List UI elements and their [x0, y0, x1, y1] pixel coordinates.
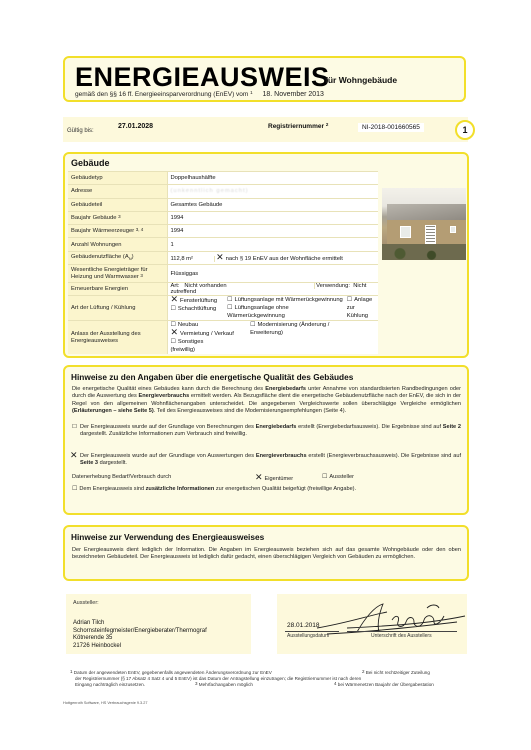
building-heading: Gebäude [71, 158, 110, 168]
issuer-name: Adrian Tilch [73, 620, 207, 628]
text: dargestellt. Zusätzliche Informationen z… [80, 431, 247, 437]
table-row: Gebäudeteil Gesamtes Gebäude [68, 198, 378, 211]
table-row: Gebäudetyp Doppelhaushälfte [68, 172, 378, 185]
label-text: Wesentliche Energieträger für Heizung un… [71, 267, 148, 280]
registration-label: Registriernummer 2 [268, 123, 328, 130]
issuer-street: Kötnerende 35 [73, 635, 207, 643]
page-number-badge: 1 [455, 120, 475, 140]
text: . Teil des Energieausweises sind die Mod… [154, 408, 346, 414]
floor-area-method: nach § 19 EnEV aus der Wohnfläche ermitt… [226, 256, 343, 262]
row-value: Gesamtes Gebäude [167, 198, 378, 211]
row-label: Gebäudetyp [68, 172, 167, 185]
valid-until-value: 27.01.2028 [118, 123, 153, 130]
bold-text: Energiebedarfs [256, 424, 297, 430]
option-label: Fensterlüftung [180, 298, 217, 304]
checkbox-unchecked[interactable]: ☐ [227, 304, 232, 312]
row-label: Wesentliche Energieträger für Heizung un… [68, 265, 167, 283]
text: dargestellt. [98, 460, 127, 466]
notes-heading: Hinweise zu den Angaben über die energet… [71, 372, 353, 382]
bold-text: Energieverbrauchs [256, 453, 307, 459]
checkbox-unchecked[interactable]: ☐ [322, 474, 327, 481]
row-label: Anzahl Wohnungen [68, 238, 167, 251]
issuer-option: ☐Aussteller [322, 474, 354, 481]
checkbox-checked[interactable]: ✕ [70, 452, 78, 459]
table-row: Erneuerbare Energien Art: Nicht vorhande… [68, 283, 378, 296]
footnote-text: Datum der angewendeten EnEV, gegebenenfa… [74, 670, 272, 675]
signature-line [347, 631, 457, 632]
valid-until-label: Gültig bis: [67, 128, 94, 134]
table-row: Gebäudenutzfläche (AN) 112,8 m² ✕nach § … [68, 251, 378, 264]
row-label: Gebäudeteil [68, 198, 167, 211]
table-row: Art der Lüftung / Kühlung ✕Fensterlüftun… [68, 296, 378, 321]
text: Der Energieausweis wurde auf der Grundla… [80, 453, 256, 459]
usage-heading: Hinweise zur Verwendung des Energieauswe… [71, 532, 264, 542]
option-label: Vermietung / Verkauf [180, 331, 234, 337]
row-value: Doppelhaushälfte [167, 172, 378, 185]
issuance-reason-options: ☐Neubau ✕Vermietung / Verkauf ☐Modernisi… [167, 321, 378, 355]
footnote-ref: 3, 4 [136, 227, 144, 232]
footnote-ref: 3 [118, 214, 121, 219]
validity-strip: Gültig bis: 27.01.2028 Registriernummer … [63, 117, 468, 142]
row-label: Art der Lüftung / Kühlung [68, 296, 167, 321]
data-collection-row: Datenerhebung Bedarf/Verbrauch durch ✕Ei… [72, 474, 461, 481]
footnote-ref: 1 [250, 90, 253, 95]
checkbox-checked[interactable]: ✕ [255, 474, 263, 480]
text: erstellt (Energiebedarfsausweis). Die Er… [296, 424, 442, 430]
document-title: ENERGIEAUSWEIS [75, 62, 330, 93]
text: Die energetische Qualität eines Gebäudes… [72, 386, 265, 392]
checkbox-unchecked[interactable]: ☐ [72, 486, 77, 493]
bold-text: Seite 3 [80, 460, 98, 466]
footnote-ref: 2 [326, 122, 329, 127]
bold-text: Energieverbrauchs [139, 393, 190, 399]
row-label: Erneuerbare Energien [68, 283, 167, 296]
photo-window [400, 226, 411, 238]
option-label: Schachtlüftung [178, 306, 216, 312]
photo-window [450, 226, 456, 233]
table-row: Baujahr Gebäude 3 1994 [68, 211, 378, 224]
option-label: Modernisierung (Änderung / Erweiterung) [250, 322, 329, 336]
checkbox-unchecked[interactable]: ☐ [227, 296, 232, 304]
bold-text: Seite 2 [443, 424, 461, 430]
bold-text: zusätzliche Informationen [146, 486, 215, 492]
regulation-text: gemäß den §§ 16 ff. Energieeinsparverord… [75, 91, 248, 98]
header-box: ENERGIEAUSWEIS für Wohngebäude gemäß den… [63, 56, 466, 102]
footnote-2-cont2: Eingang nachträglich einzusetzen. [75, 682, 145, 688]
text: erstellt (Energieverbrauchsausweis). Die… [307, 453, 461, 459]
row-value-redacted: (unkenntlich gemacht) [167, 185, 378, 198]
table-row: Anlass der Ausstellung des Energieauswei… [68, 321, 378, 355]
label-text: Gebäudenutzfläche (A [71, 254, 129, 260]
issuer-label: Aussteller: [73, 600, 99, 606]
row-label: Baujahr Gebäude 3 [68, 211, 167, 224]
row-value: 1994 [167, 211, 378, 224]
table-row: Wesentliche Energieträger für Heizung un… [68, 265, 378, 283]
document-subtitle: für Wohngebäude [325, 75, 397, 85]
redacted-address: (unkenntlich gemacht) [171, 188, 249, 194]
building-table: Gebäudetyp Doppelhaushälfte Adresse (unk… [68, 171, 378, 354]
row-label: Adresse [68, 185, 167, 198]
option-label: Lüftungsanlage mit Wärmerückgewinnung [235, 297, 343, 303]
ventilation-options: ✕Fensterlüftung ☐Schachtlüftung ☐Lüftung… [167, 296, 378, 321]
demand-certificate-option: ☐Der Energieausweis wurde auf der Grundl… [72, 424, 461, 439]
label-text: Baujahr Wärmeerzeuger [71, 228, 134, 234]
footnote-2: 2 Bei nicht rechtzeitiger Zuteilung [362, 670, 430, 676]
regulation-line: gemäß den §§ 16 ff. Energieeinsparverord… [75, 91, 324, 98]
table-row: Baujahr Wärmeerzeuger 3, 4 1994 [68, 225, 378, 238]
footnote-3: 3 Mehrfachangaben möglich [195, 682, 253, 688]
notes-intro: Die energetische Qualität eines Gebäudes… [72, 386, 461, 415]
checkbox-checked[interactable]: ✕ [171, 296, 179, 302]
date-line [285, 631, 339, 632]
signature-label: Unterschrift des Ausstellers [371, 633, 432, 639]
row-value: 112,8 m² ✕nach § 19 EnEV aus der Wohnflä… [167, 251, 378, 264]
usage-text: Der Energieausweis dient lediglich der I… [72, 547, 461, 562]
option-label: Aussteller [329, 474, 354, 480]
checkbox-unchecked[interactable]: ☐ [250, 321, 255, 329]
label-end: ) [132, 254, 134, 260]
owner-option: ✕Eigentümer [255, 474, 293, 483]
footnote-text: Mehrfachangaben möglich [199, 682, 253, 687]
checkbox-unchecked[interactable]: ☐ [347, 296, 352, 304]
option-label: Eigentümer [265, 476, 294, 482]
footnote-text: Bei nicht rechtzeitiger Zuteilung [366, 670, 430, 675]
text: zur energetischen Qualität beigefügt (fr… [214, 486, 356, 492]
photo-shrubs [382, 244, 466, 260]
footnote-text: bei Wärmenetzen Baujahr der Übergabestat… [338, 682, 434, 687]
row-value: 1 [167, 238, 378, 251]
signature-graphic [307, 598, 467, 638]
text: Der Energieausweis wurde auf der Grundla… [80, 424, 256, 430]
issuer-city: 21726 Heinbockel [73, 643, 207, 651]
software-note: Hottgenroth Software, HS Verbrauchsgenie… [63, 701, 147, 705]
usage-section: Hinweise zur Verwendung des Energieauswe… [63, 525, 469, 581]
footnote-ref: 3 [140, 273, 143, 278]
consumption-certificate-option: ✕Der Energieausweis wurde auf der Grundl… [72, 453, 461, 468]
row-value: 1994 [167, 225, 378, 238]
table-row: Anzahl Wohnungen 1 [68, 238, 378, 251]
notes-section: Hinweise zu den Angaben über die energet… [63, 365, 469, 515]
option-label: Neubau [178, 322, 198, 328]
issue-date-label: Ausstellungsdatum [287, 633, 329, 639]
row-label: Anlass der Ausstellung des Energieauswei… [68, 321, 167, 355]
signature-box: 28.01.2018 Ausstellungsdatum Unterschrif… [277, 594, 467, 654]
additional-info-option: ☐Dem Energieausweis sind zusätzliche Inf… [72, 486, 461, 493]
row-label: Baujahr Wärmeerzeuger 3, 4 [68, 225, 167, 238]
row-value: Flüssiggas [167, 265, 378, 283]
table-row: Adresse (unkenntlich gemacht) [68, 185, 378, 198]
checkbox-checked[interactable]: ✕ [171, 329, 179, 335]
row-label: Gebäudenutzfläche (AN) [68, 251, 167, 264]
issuer-title: Schornsteinfegmeister/Energieberater/The… [73, 628, 207, 636]
issuer-address: Adrian Tilch Schornsteinfegmeister/Energ… [73, 620, 207, 650]
checkbox-unchecked[interactable]: ☐ [171, 338, 176, 346]
registration-label-text: Registriernummer [268, 123, 324, 130]
checkbox-checked[interactable]: ✕ [216, 254, 224, 260]
regulation-date: 18. November 2013 [262, 91, 323, 98]
building-section: Gebäude Gebäudetyp Doppelhaushälfte Adre… [63, 152, 469, 358]
data-collection-label: Datenerhebung Bedarf/Verbrauch durch [72, 474, 171, 480]
footnote-4: 4 bei Wärmenetzen Baujahr der Übergabest… [334, 682, 434, 688]
checkbox-unchecked[interactable]: ☐ [72, 424, 77, 431]
building-photo [382, 188, 466, 260]
issue-date: 28.01.2018 [287, 622, 320, 629]
renewable-use-label: Verwendung: [316, 283, 350, 289]
registration-number: NI-2018-001660565 [358, 123, 424, 132]
checkbox-unchecked[interactable]: ☐ [171, 305, 176, 313]
floor-area-value: 112,8 m² [171, 256, 215, 262]
text: Dem Energieausweis sind [79, 486, 145, 492]
row-value: Art: Nicht vorhanden Verwendung: Nicht z… [167, 283, 378, 296]
option-label: Lüftungsanlage ohne Wärmerückgewinnung [227, 305, 289, 319]
issuer-box: Aussteller: Adrian Tilch Schornsteinfegm… [66, 594, 251, 654]
bold-text: Energiebedarfs [265, 386, 306, 392]
bold-text: (Erläuterungen – siehe Seite 5) [72, 408, 154, 414]
label-text: Baujahr Gebäude [71, 215, 116, 221]
